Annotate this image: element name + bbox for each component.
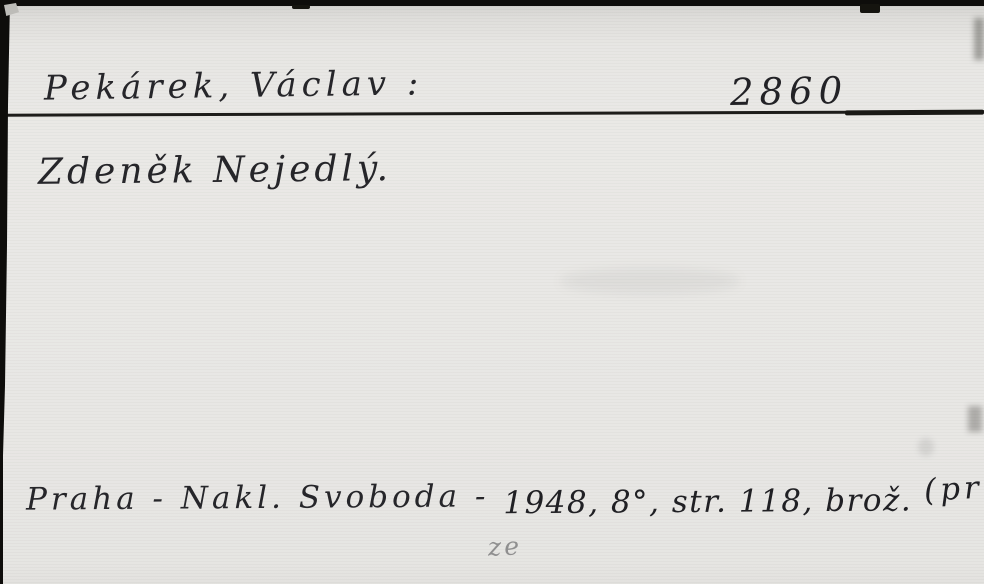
scan-edge-smudge — [974, 18, 984, 60]
imprint-year-pages: 1948, 8°, str. 118, brož. — [503, 482, 924, 521]
header-rule-line — [0, 110, 984, 116]
imprint-place-publisher: Praha - Nakl. Svoboda - — [26, 478, 503, 517]
pencil-annotation: ze — [488, 531, 523, 561]
paper-smudge — [918, 438, 934, 456]
catalog-card-paper: Pekárek, Václav : 2860 Zdeněk Nejedlý. P… — [0, 0, 984, 584]
imprint-line: Praha - Nakl. Svoboda - 1948, 8°, str. 1… — [26, 474, 984, 517]
scan-edge-smudge — [968, 406, 982, 432]
author-heading: Pekárek, Václav : — [44, 63, 424, 108]
scanned-catalog-card: Pekárek, Václav : 2860 Zdeněk Nejedlý. P… — [0, 0, 984, 584]
scan-edge-mark — [292, 5, 310, 9]
paper-smudge — [560, 268, 740, 294]
header-rule-line-heavy-segment — [845, 110, 984, 116]
imprint-parenthetical-note: (príl 6) — [923, 465, 984, 509]
catalog-number: 2860 — [730, 69, 849, 114]
scan-edge-mark — [860, 4, 880, 13]
scan-edge-top — [0, 0, 984, 6]
card-title: Zdeněk Nejedlý. — [38, 148, 392, 193]
